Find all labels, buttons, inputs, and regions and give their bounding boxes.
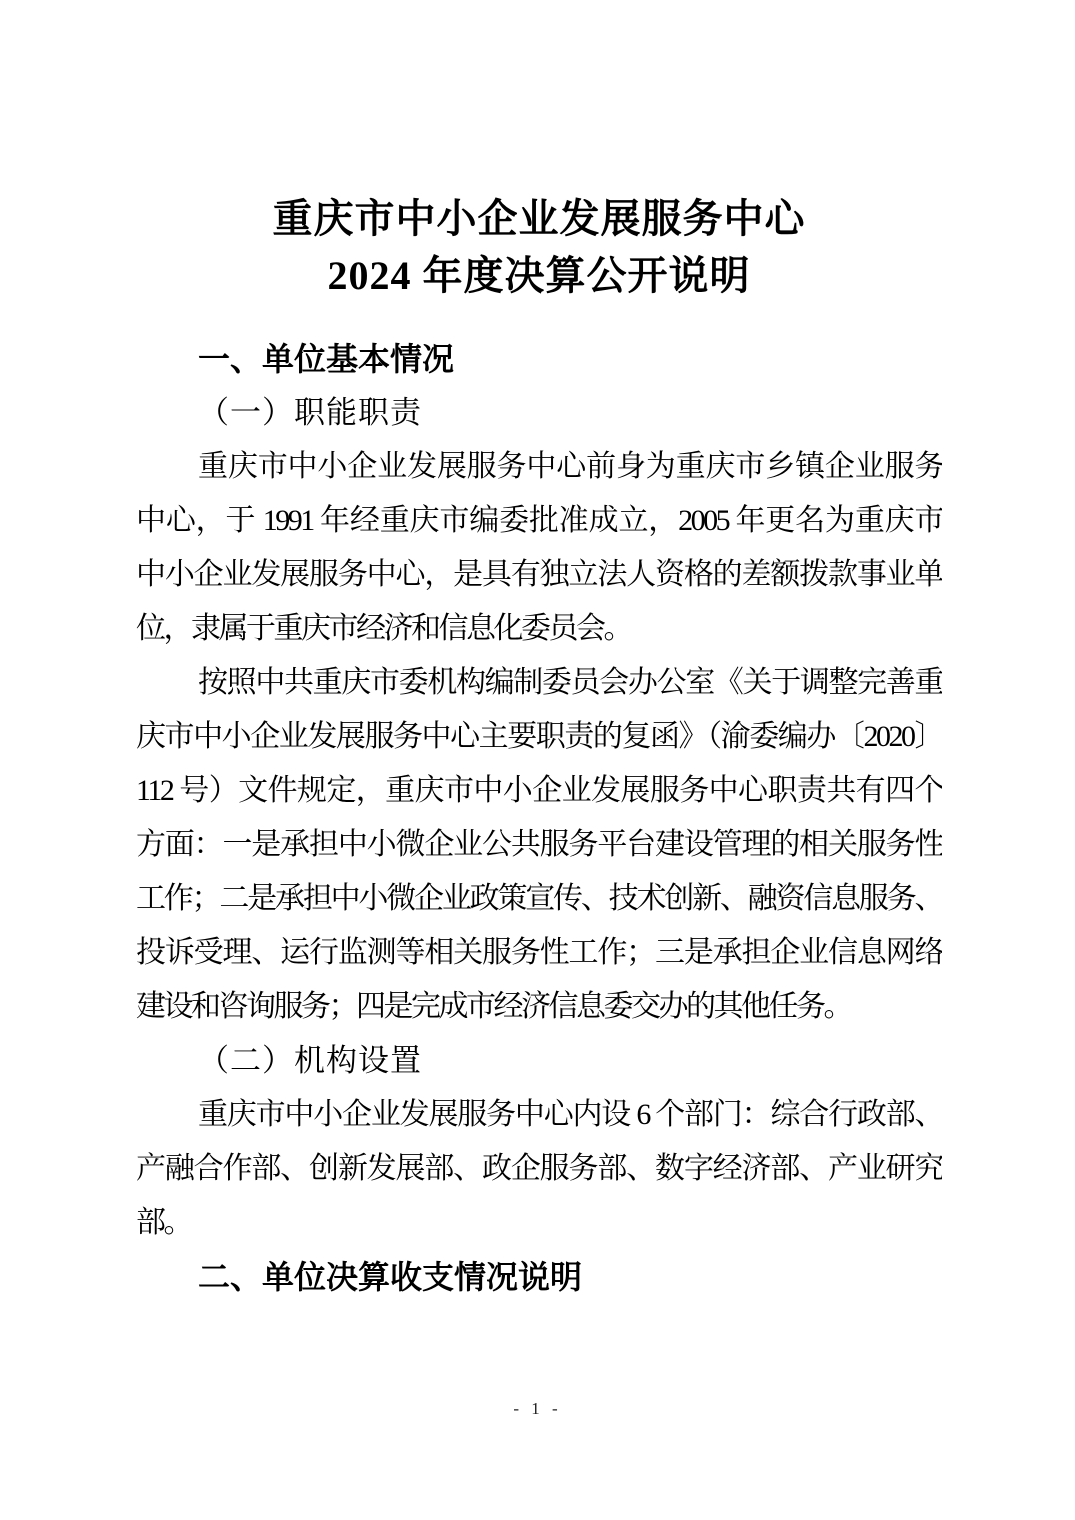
paragraph-line: 中小企业发展服务中心，是具有独立法人资格的差额拨款事业单 [136, 548, 942, 602]
paragraph-line: 部。 [136, 1196, 942, 1250]
paragraph-line: 按照中共重庆市委机构编制委员会办公室《关于调整完善重 [136, 656, 942, 710]
paragraph-duties-detail: 按照中共重庆市委机构编制委员会办公室《关于调整完善重 庆市中小企业发展服务中心主… [136, 656, 942, 1034]
section-heading-budget-overview: 二、单位决算收支情况说明 [136, 1250, 942, 1304]
document-title-line-1: 重庆市中小企业发展服务中心 [136, 190, 942, 247]
paragraph-line: 112 号）文件规定，重庆市中小企业发展服务中心职责共有四个 [136, 764, 942, 818]
paragraph-line: 重庆市中小企业发展服务中心内设 6 个部门：综合行政部、 [136, 1088, 942, 1142]
subsection-heading-structure: （二）机构设置 [136, 1034, 942, 1088]
paragraph-line: 投诉受理、运行监测等相关服务性工作；三是承担企业信息网络 [136, 926, 942, 980]
paragraph-structure: 重庆市中小企业发展服务中心内设 6 个部门：综合行政部、 产融合作部、创新发展部… [136, 1088, 942, 1250]
paragraph-line: 方面：一是承担中小微企业公共服务平台建设管理的相关服务性 [136, 818, 942, 872]
paragraph-line: 工作；二是承担中小微企业政策宣传、技术创新、融资信息服务、 [136, 872, 942, 926]
paragraph-line: 中心，于 1991 年经重庆市编委批准成立，2005 年更名为重庆市 [136, 494, 942, 548]
paragraph-line: 产融合作部、创新发展部、政企服务部、数字经济部、产业研究 [136, 1142, 942, 1196]
paragraph-line: 重庆市中小企业发展服务中心前身为重庆市乡镇企业服务 [136, 440, 942, 494]
document-content: 重庆市中小企业发展服务中心 2024 年度决算公开说明 一、单位基本情况 （一）… [136, 190, 942, 1304]
section-heading-basic-info: 一、单位基本情况 [136, 332, 942, 386]
page-number: - 1 - [0, 1396, 1075, 1422]
document-page: 重庆市中小企业发展服务中心 2024 年度决算公开说明 一、单位基本情况 （一）… [0, 0, 1075, 1520]
paragraph-duties-history: 重庆市中小企业发展服务中心前身为重庆市乡镇企业服务 中心，于 1991 年经重庆… [136, 440, 942, 656]
document-title-line-2: 2024 年度决算公开说明 [136, 247, 942, 304]
paragraph-line: 建设和咨询服务；四是完成市经济信息委交办的其他任务。 [136, 980, 942, 1034]
paragraph-line: 庆市中小企业发展服务中心主要职责的复函》（渝委编办〔2020〕 [136, 710, 942, 764]
paragraph-line: 位，隶属于重庆市经济和信息化委员会。 [136, 602, 942, 656]
subsection-heading-duties: （一）职能职责 [136, 386, 942, 440]
